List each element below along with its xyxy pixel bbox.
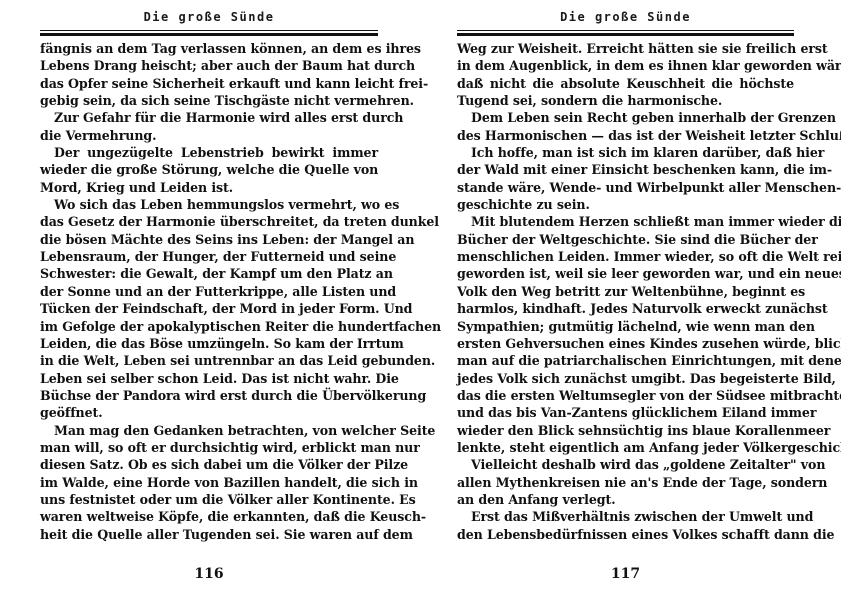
- text-line: der Sonne und an der Futterkrippe, alle …: [40, 283, 378, 300]
- text-line: Lebens Drang heischt; aber auch der Baum…: [40, 57, 378, 74]
- text-line: im Gefolge der apokalyptischen Reiter di…: [40, 318, 378, 335]
- text-line: in die Welt, Leben sei untrennbar an das…: [40, 352, 378, 369]
- text-line: den Lebensbedürfnissen eines Volkes scha…: [457, 526, 794, 543]
- text-line: an den Anfang verlegt.: [457, 491, 794, 508]
- text-line: ersten Gehversuchen eines Kindes zusehen…: [457, 335, 794, 352]
- text-line: waren weltweise Köpfe, die erkannten, da…: [40, 508, 378, 525]
- text-line: wieder die große Störung, welche die Que…: [40, 161, 378, 178]
- running-head: Die große Sünde: [40, 10, 378, 24]
- text-line: Schwester: die Gewalt, der Kampf um den …: [40, 265, 378, 282]
- text-line: die bösen Mächte des Seins ins Leben: de…: [40, 231, 378, 248]
- text-line: das Gesetz der Harmonie überschreitet, d…: [40, 213, 378, 230]
- page-number: 117: [457, 566, 794, 582]
- text-line: man auf die patriarchalischen Einrichtun…: [457, 352, 794, 369]
- text-line: Lebensraum, der Hunger, der Futterneid u…: [40, 248, 378, 265]
- text-line: Mord, Krieg und Leiden ist.: [40, 179, 378, 196]
- text-line: Leben sei selber schon Leid. Das ist nic…: [40, 370, 378, 387]
- text-line: Bücher der Weltgeschichte. Sie sind die …: [457, 231, 794, 248]
- text-line: Volk den Weg betritt zur Weltenbühne, be…: [457, 283, 794, 300]
- header-rule: [40, 30, 378, 31]
- text-line: gebig sein, da sich seine Tischgäste nic…: [40, 92, 378, 109]
- text-line: Sympathien; gutmütig lächelnd, wie wenn …: [457, 318, 794, 335]
- text-line: Man mag den Gedanken betrachten, von wel…: [40, 422, 378, 439]
- text-line: Erst das Mißverhältnis zwischen der Umwe…: [457, 508, 794, 525]
- text-line: Leiden, die das Böse umzüngeln. So kam d…: [40, 335, 378, 352]
- text-line: und das bis Van-Zantens glücklichem Eila…: [457, 404, 794, 421]
- text-line: Tücken der Feindschaft, der Mord in jede…: [40, 300, 378, 317]
- header-rule: [457, 30, 794, 31]
- text-line: Ich hoffe, man ist sich im klaren darübe…: [457, 144, 794, 161]
- text-line: in dem Augenblick, in dem es ihnen klar …: [457, 57, 794, 74]
- text-line: wieder den Blick sehnsüchtig ins blaue K…: [457, 422, 794, 439]
- running-head: Die große Sünde: [457, 10, 794, 24]
- text-line: des Harmonischen — das ist der Weisheit …: [457, 127, 794, 144]
- text-line: fängnis an dem Tag verlassen können, an …: [40, 40, 378, 57]
- text-line: Mit blutendem Herzen schließt man immer …: [457, 213, 794, 230]
- text-line: geschichte zu sein.: [457, 196, 794, 213]
- text-line: man will, so oft er durchsichtig wird, e…: [40, 439, 378, 456]
- text-line: jedes Volk sich zunächst umgibt. Das beg…: [457, 370, 794, 387]
- text-line: das Opfer seine Sicherheit erkauft und k…: [40, 75, 378, 92]
- text-line: Dem Leben sein Recht geben innerhalb der…: [457, 109, 794, 126]
- text-line: diesen Satz. Ob es sich dabei um die Völ…: [40, 456, 378, 473]
- text-line: Weg zur Weisheit. Erreicht hätten sie si…: [457, 40, 794, 57]
- text-line: Tugend sei, sondern die harmonische.: [457, 92, 794, 109]
- text-line: geworden ist, weil sie leer geworden war…: [457, 265, 794, 282]
- text-line: lenkte, steht eigentlich am Anfang jeder…: [457, 439, 794, 456]
- text-line: Wo sich das Leben hemmungslos vermehrt, …: [40, 196, 378, 213]
- text-line: geöffnet.: [40, 404, 378, 421]
- text-line: uns festnistet oder um die Völker aller …: [40, 491, 378, 508]
- page-number: 116: [40, 566, 378, 582]
- text-line: das die ersten Weltumsegler von der Süds…: [457, 387, 794, 404]
- text-line: der Wald mit einer Einsicht beschenken k…: [457, 161, 794, 178]
- text-line: die Vermehrung.: [40, 127, 378, 144]
- text-line: daß nicht die absolute Keuschheit die hö…: [457, 75, 794, 92]
- text-line: harmlos, kindhaft. Jedes Naturvolk erwec…: [457, 300, 794, 317]
- text-line: stande wäre, Wende- und Wirbelpunkt alle…: [457, 179, 794, 196]
- text-line: im Walde, eine Horde von Bazillen handel…: [40, 474, 378, 491]
- left-page: Die große Sünde fängnis an dem Tag verla…: [40, 0, 378, 600]
- text-line: heit die Quelle aller Tugenden sei. Sie …: [40, 526, 378, 543]
- text-line: Der ungezügelte Lebenstrieb bewirkt imme…: [40, 144, 378, 161]
- text-line: Büchse der Pandora wird erst durch die Ü…: [40, 387, 378, 404]
- right-page: Die große Sünde Weg zur Weisheit. Erreic…: [457, 0, 794, 600]
- page-body: fängnis an dem Tag verlassen können, an …: [40, 40, 378, 543]
- text-line: menschlichen Leiden. Immer wieder, so of…: [457, 248, 794, 265]
- text-line: allen Mythenkreisen nie an's Ende der Ta…: [457, 474, 794, 491]
- text-line: Zur Gefahr für die Harmonie wird alles e…: [40, 109, 378, 126]
- page-body: Weg zur Weisheit. Erreicht hätten sie si…: [457, 40, 794, 543]
- text-line: Vielleicht deshalb wird das „goldene Zei…: [457, 456, 794, 473]
